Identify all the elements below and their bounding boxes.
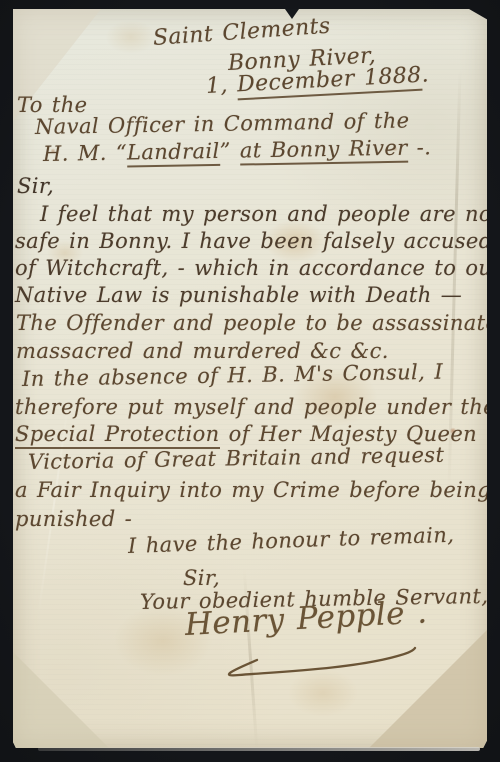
under-sheet-edge [38, 747, 480, 751]
letter-line-body-7: In the absence of H. B. M's Consul, I [22, 360, 443, 391]
text-segment: safe in Bonny. I have been falsely accus… [15, 229, 493, 253]
text-segment: H. M. “ [43, 141, 127, 166]
text-segment: a Fair Inquiry into my Crime before bein… [15, 478, 491, 502]
letter-line-body-6: massacred and murdered &c &c. [16, 339, 389, 363]
letter-line-address-officer: Naval Officer in Command of the [35, 108, 410, 139]
text-segment: Naval Officer in Command of the [35, 108, 410, 139]
signature-flourish [205, 645, 430, 685]
underlined-text: Special Protection [15, 422, 220, 449]
letter-line-body-2: safe in Bonny. I have been falsely accus… [15, 229, 493, 253]
text-segment: Native Law is punishable with Death — [15, 283, 462, 307]
letter-line-salutation: Sir, [17, 174, 54, 198]
text-segment: ” [219, 139, 240, 163]
letter-line-heading-place: Saint Clements [152, 14, 331, 51]
underlined-text: Landrail [127, 139, 220, 168]
letter-line-closing-2: Sir, [183, 566, 220, 590]
letter-paper: Saint ClementsBonny River,1, December 18… [13, 9, 487, 748]
text-segment: 1, [205, 72, 237, 99]
letter-line-body-11: a Fair Inquiry into my Crime before bein… [15, 478, 491, 502]
letter-text: Saint ClementsBonny River,1, December 18… [13, 9, 487, 748]
text-segment: therefore put myself and people under th… [15, 395, 496, 419]
text-segment: I feel that my person and people are not [40, 202, 500, 226]
text-segment: The Offender and people to be assassinat… [16, 311, 500, 335]
text-segment: In the absence of H. B. M's Consul, I [22, 360, 443, 391]
letter-line-body-4: Native Law is punishable with Death — [15, 283, 462, 307]
text-segment: punished - [15, 507, 132, 531]
text-segment: massacred and murdered &c &c. [16, 339, 389, 363]
text-segment: Sir, [17, 174, 54, 198]
letter-line-body-8: therefore put myself and people under th… [15, 395, 496, 419]
letter-line-body-5: The Offender and people to be assassinat… [16, 311, 500, 335]
text-segment: I have the honour to remain, [128, 523, 455, 558]
underlined-text: at Bonny River [240, 136, 408, 166]
text-segment: of Witchcraft, - which in accordance to … [15, 256, 500, 280]
text-segment: . [421, 62, 430, 87]
text-segment: -. [407, 135, 431, 159]
text-segment: Saint Clements [152, 14, 331, 51]
letter-line-body-3: of Witchcraft, - which in accordance to … [15, 256, 500, 280]
letter-line-address-ship: H. M. “Landrail” at Bonny River -. [43, 135, 432, 166]
letter-line-body-1: I feel that my person and people are not [40, 202, 500, 226]
letter-line-body-12: punished - [15, 507, 132, 531]
letter-line-closing-1: I have the honour to remain, [128, 523, 455, 558]
text-segment: Sir, [183, 566, 220, 590]
